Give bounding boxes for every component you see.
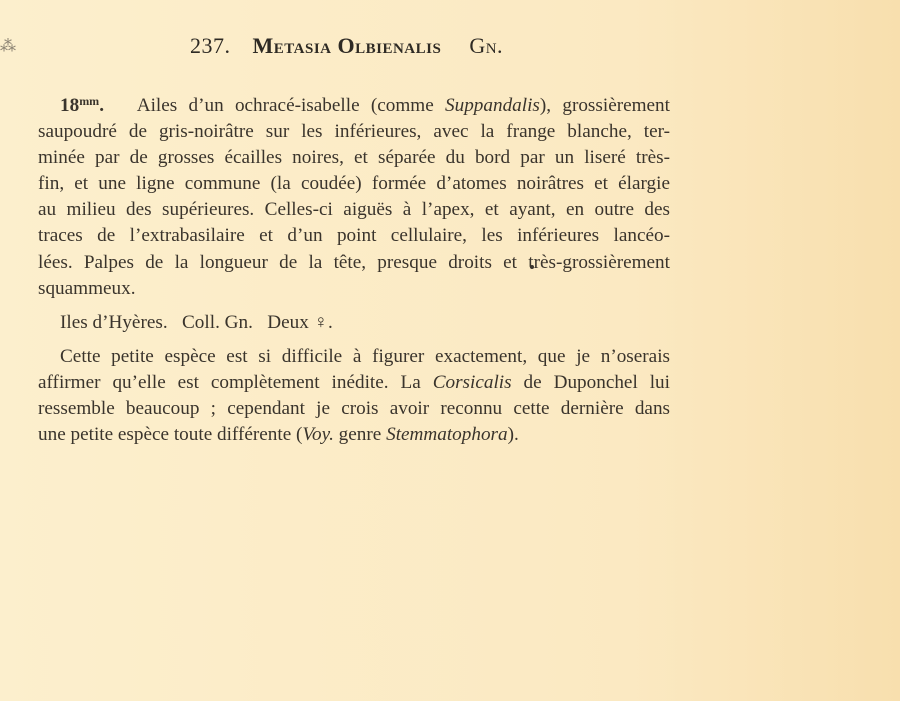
asterism-mark: ⁂ (0, 36, 16, 55)
species-heading: 237. Metasia Olbienalis Gn. (190, 33, 503, 59)
species-reference: Corsicalis (433, 372, 512, 393)
description-line-8: squammeux. (38, 276, 670, 302)
book-page: ⁂ 237. Metasia Olbienalis Gn. 18mm. Aile… (0, 0, 900, 701)
remarks-paragraph: Cette petite espèce est si difficile à f… (38, 344, 670, 448)
description-paragraph: 18mm. Ailes d’un ochracé-isabelle (comme… (38, 88, 670, 302)
description-line-3: minée par de grosses écailles noires, et… (38, 145, 670, 171)
locality-line: Iles d’Hyères. Coll. Gn. Deux ♀. (38, 310, 670, 336)
description-line-6: traces de l’extrabasilaire et d’un point… (38, 223, 670, 249)
species-name: Metasia Olbienalis (253, 33, 442, 58)
remarks-line-4: une petite espèce toute différente (Voy.… (38, 422, 670, 448)
ink-speck (530, 265, 534, 269)
species-author: Gn. (469, 33, 503, 58)
description-line-2: saupoudré de gris-noirâtre sur les infér… (38, 119, 670, 145)
remarks-line-1: Cette petite espèce est si difficile à f… (38, 344, 670, 370)
species-number: 237. (190, 33, 231, 58)
wingspan: 18mm. (60, 95, 104, 116)
species-reference: Suppandalis (445, 95, 540, 116)
description-line-4: fin, et une ligne commune (la coudée) fo… (38, 171, 670, 197)
description-line-5: au milieu des supérieures. Celles-ci aig… (38, 197, 670, 223)
description-line-7: lées. Palpes de la longueur de la tête, … (38, 250, 670, 276)
remarks-line-2: affirmer qu’elle est complètement inédit… (38, 370, 670, 396)
genus-reference: Stemmatophora (386, 424, 508, 445)
body-text: 18mm. Ailes d’un ochracé-isabelle (comme… (38, 88, 670, 448)
description-line-1: 18mm. Ailes d’un ochracé-isabelle (comme… (38, 88, 670, 119)
remarks-line-3: ressemble beaucoup ; cependant je crois … (38, 396, 670, 422)
